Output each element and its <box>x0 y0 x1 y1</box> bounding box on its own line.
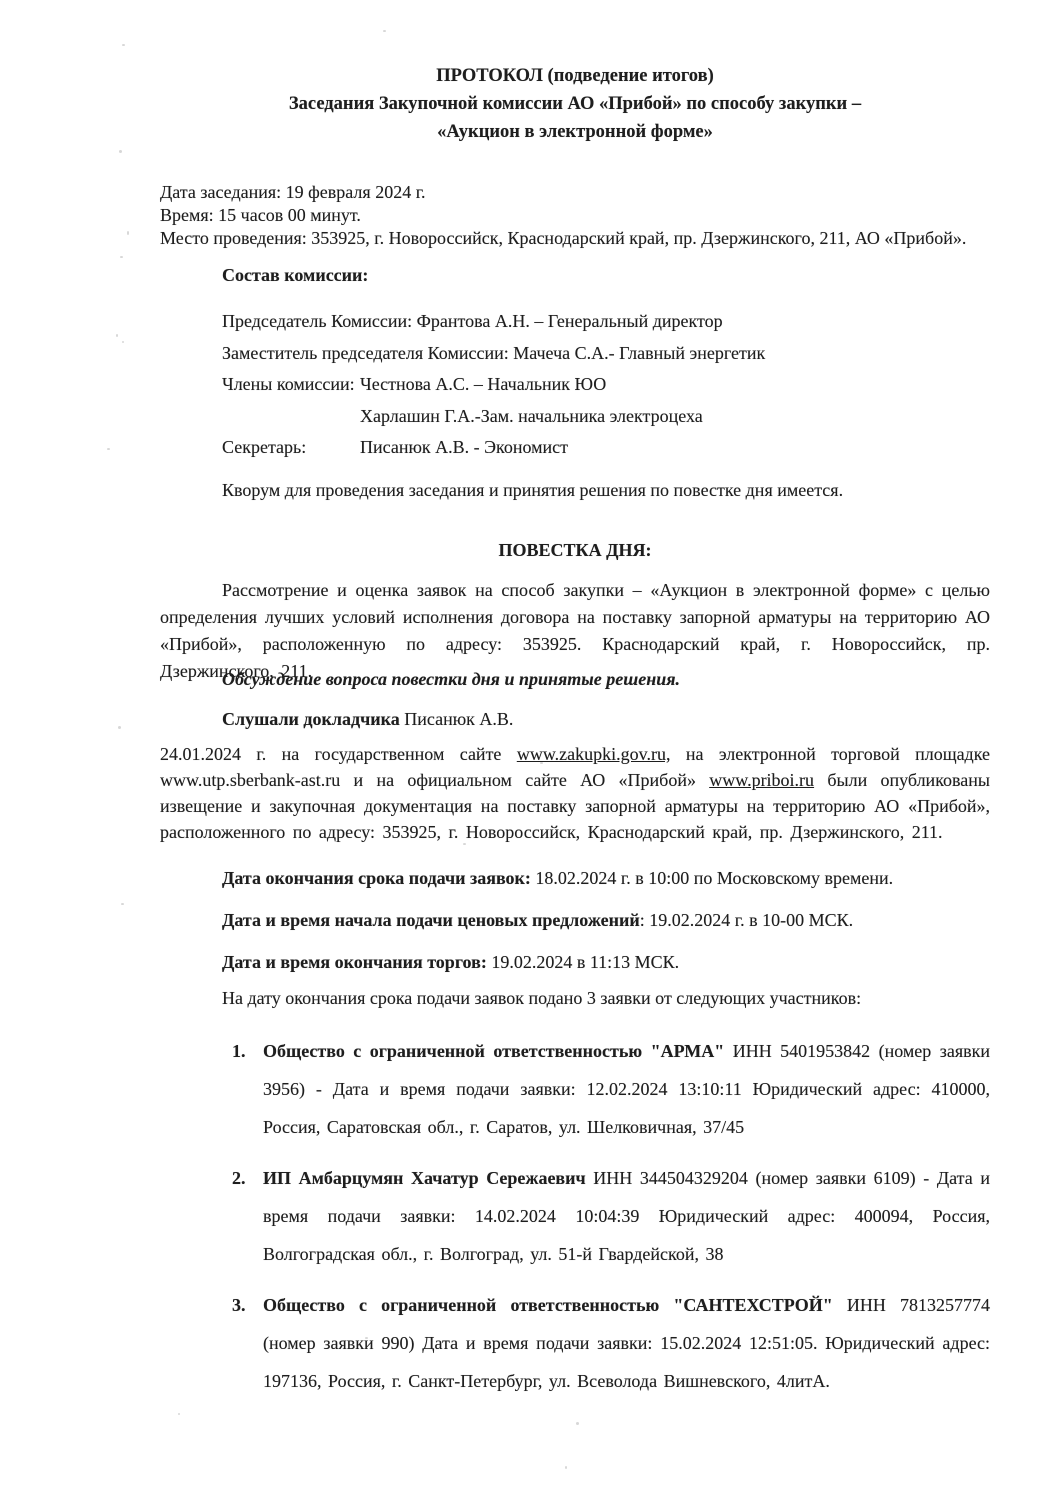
participant-name: Общество с ограниченной ответственностью… <box>263 1295 833 1315</box>
scan-noise-speck <box>178 1413 180 1415</box>
session-date: Дата заседания: 19 февраля 2024 г. <box>160 181 990 204</box>
document-title: ПРОТОКОЛ (подведение итогов) Заседания З… <box>160 62 990 146</box>
participant-item-3: 3. Общество с ограниченной ответственнос… <box>160 1286 990 1400</box>
scan-noise-speck <box>127 231 129 235</box>
publication-text: 24.01.2024 г. на государственном сайте <box>160 744 517 764</box>
scan-noise-speck <box>119 150 122 153</box>
agenda-heading: ПОВЕСТКА ДНЯ: <box>160 539 990 561</box>
deadline-label: Дата и время окончания торгов: <box>222 952 487 972</box>
participant-text: Общество с ограниченной ответственностью… <box>263 1032 990 1146</box>
participant-name: Общество с ограниченной ответственностью… <box>263 1041 724 1061</box>
deadline-value: 18.02.2024 г. в 10:00 по Московскому вре… <box>531 868 893 888</box>
commission-row-member-2: Харлашин Г.А.-Зам. начальника электроцех… <box>222 401 990 433</box>
deadline-value: 19.02.2024 в 11:13 МСК. <box>487 952 679 972</box>
scan-noise-speck <box>121 903 124 905</box>
deadline-value: : 19.02.2024 г. в 10-00 МСК. <box>640 910 853 930</box>
deadline-label: Дата окончания срока подачи заявок: <box>222 868 531 888</box>
commission-row-text: Писанюк А.В. - Экономист <box>360 437 568 457</box>
participant-text: ИП Амбарцумян Хачатур Сережаевич ИНН 344… <box>263 1159 990 1273</box>
commission-row-label: Члены комиссии: <box>222 369 360 401</box>
commission-rows: Председатель Комиссии: Франтова А.Н. – Г… <box>222 306 990 464</box>
commission-row-text: Харлашин Г.А.-Зам. начальника электроцех… <box>360 406 703 426</box>
commission-row-deputy: Заместитель председателя Комиссии: Мачеч… <box>222 338 990 370</box>
scan-noise-speck <box>118 726 121 729</box>
document-title-line-3: «Аукцион в электронной форме» <box>160 118 990 146</box>
scan-noise-speck <box>565 1466 567 1469</box>
scan-noise-speck <box>107 448 110 450</box>
deadline-auction-end: Дата и время окончания торгов: 19.02.202… <box>222 951 990 973</box>
participant-number: 3. <box>232 1286 246 1324</box>
speaker-name: Писанюк А.В. <box>400 709 514 729</box>
discussion-heading: Обсуждение вопроса повестки дня и принят… <box>222 668 990 690</box>
session-time: Время: 15 часов 00 минут. <box>160 204 990 227</box>
participant-number: 1. <box>232 1032 246 1070</box>
deadline-bids-start: Дата и время начала подачи ценовых предл… <box>222 909 990 931</box>
scan-noise-speck <box>122 341 124 343</box>
document-title-line-1: ПРОТОКОЛ (подведение итогов) <box>160 62 990 90</box>
deadline-label: Дата и время начала подачи ценовых предл… <box>222 910 640 930</box>
quorum-note: Кворум для проведения заседания и принят… <box>222 479 990 501</box>
participants-list: 1. Общество с ограниченной ответственнос… <box>160 1032 990 1413</box>
commission-row-label: Секретарь: <box>222 432 360 464</box>
commission-row-text: Честнова А.С. – Начальник ЮО <box>360 374 606 394</box>
participant-name: ИП Амбарцумян Хачатур Сережаевич <box>263 1168 586 1188</box>
scan-noise-speck <box>116 334 118 337</box>
session-venue: Место проведения: 353925, г. Новороссийс… <box>160 227 990 250</box>
participant-number: 2. <box>232 1159 246 1197</box>
priboi-site-link[interactable]: www.priboi.ru <box>709 770 814 790</box>
applications-count-line: На дату окончания срока подачи заявок по… <box>222 987 990 1009</box>
participant-item-1: 1. Общество с ограниченной ответственнос… <box>160 1032 990 1146</box>
commission-row-text: Заместитель председателя Комиссии: Мачеч… <box>222 343 765 363</box>
scan-noise-speck <box>120 256 123 258</box>
commission-row-chairman: Председатель Комиссии: Франтова А.Н. – Г… <box>222 306 990 338</box>
zakupki-gov-link[interactable]: www.zakupki.gov.ru, <box>517 744 671 764</box>
commission-row-text: Председатель Комиссии: Франтова А.Н. – Г… <box>222 311 723 331</box>
commission-heading: Состав комиссии: <box>222 264 990 286</box>
scan-noise-speck <box>576 1422 579 1425</box>
speaker-line: Слушали докладчика Писанюк А.В. <box>222 708 990 730</box>
session-meta: Дата заседания: 19 февраля 2024 г. Время… <box>160 181 990 250</box>
scan-noise-speck <box>122 44 125 46</box>
document-title-line-2: Заседания Закупочной комиссии АО «Прибой… <box>160 90 990 118</box>
commission-row-members: Члены комиссии:Честнова А.С. – Начальник… <box>222 369 990 401</box>
participant-text: Общество с ограниченной ответственностью… <box>263 1286 990 1400</box>
participant-item-2: 2. ИП Амбарцумян Хачатур Сережаевич ИНН … <box>160 1159 990 1273</box>
deadline-applications-end: Дата окончания срока подачи заявок: 18.0… <box>222 867 990 889</box>
commission-row-secretary: Секретарь:Писанюк А.В. - Экономист <box>222 432 990 464</box>
scanned-protocol-page: { "document": { "title": { "line1": "ПРО… <box>0 0 1058 1496</box>
scan-noise-speck <box>383 30 386 32</box>
speaker-label: Слушали докладчика <box>222 709 400 729</box>
publication-paragraph: 24.01.2024 г. на государственном сайте w… <box>160 741 990 845</box>
deadlines-block: Дата окончания срока подачи заявок: 18.0… <box>222 867 990 993</box>
